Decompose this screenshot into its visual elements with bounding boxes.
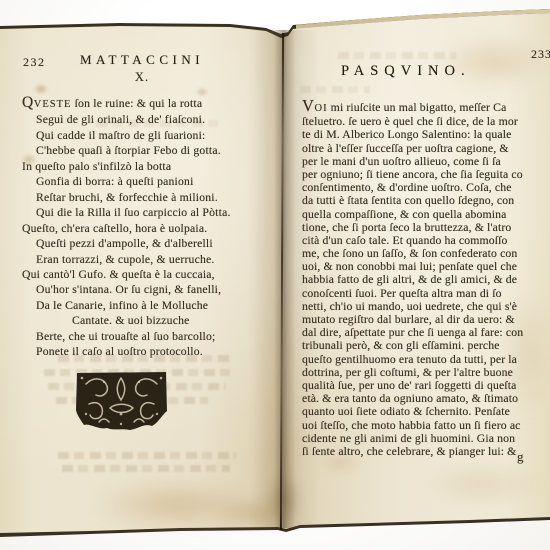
text-line: tione, che ſi porta ſeco la bruttezza, &…: [302, 221, 550, 234]
text-line: Cantate. & uoi bizzuche: [72, 313, 272, 328]
right-page-text: VOI mi riuſcite un mal bigatto, meſſer C…: [302, 98, 550, 458]
text-line: qualità ſue, per uno de' rari ſoggetti d…: [302, 379, 550, 392]
text-line: età. & era tanto da ogniuno amato, & ſti…: [302, 392, 550, 405]
signature-mark: g: [517, 449, 524, 465]
text-line: Reſtar bruchi, & forfecchie à milioni.: [36, 190, 272, 205]
text-line: ſteluetro. ſe uero è quel che ſi dice, d…: [302, 115, 550, 128]
right-running-title: PASQVINO.: [341, 63, 471, 80]
text-line: Seguì de gli orinali, & de' fiaſconi.: [36, 112, 272, 127]
text-line: quanto uoi ſiete odiato & ſchernito. Pen…: [302, 405, 550, 418]
text-line: uoi, & non conobbi mai lui; penſate quel…: [302, 260, 550, 273]
right-page-number: 233: [531, 47, 550, 62]
text-line: Qui die la Rilla il ſuo carpiccio al Pòt…: [36, 205, 272, 220]
text-line: per le mani d'un uoſtro allieuo, come ſi…: [302, 155, 550, 168]
text-line: Queſto, ch'era caſtello, hora è uolpaia.: [22, 221, 272, 236]
text-line: Eran torrazzi, & cupole, & uerruche.: [36, 252, 272, 267]
left-page-verse: QVESTE ſon le ruine: & qui la rottaSeguì…: [22, 95, 272, 360]
text-line: tribunali però, & con gli eſſamini. perc…: [302, 339, 550, 352]
text-line: Da le Canarie, infino à le Molluche: [36, 298, 272, 313]
text-line: te di M. Alberico Longo Salentino: la qu…: [302, 128, 550, 141]
text-line: ſi ſente altro, che celebrare, & pianger…: [302, 445, 550, 458]
text-line: VOI mi riuſcite un mal bigatto, meſſer C…: [302, 98, 550, 115]
book-photo: 232 MATTACCINI X. QVESTE ſon le ruine: &…: [0, 0, 550, 550]
text-line: Qui cantò'l Gufo. & queſta è la cuccaia,: [22, 267, 272, 282]
text-line: Queſti pezzi d'ampolle, & d'alberelli: [36, 236, 272, 251]
text-line: QVESTE ſon le ruine: & qui la rotta: [22, 95, 272, 112]
section-number: X.: [22, 70, 262, 85]
text-line: da tutti è ſtata ſentita con quello ſdeg…: [302, 194, 550, 207]
text-line: C'hebbe quaſi à ſtorpiar Febo di gotta.: [36, 143, 272, 158]
text-line: Ponete il caſo al uoſtro protocollo.: [36, 344, 272, 359]
text-line: per ogniuno; ſi tiene ancora, che ſia ſe…: [302, 168, 550, 181]
text-line: oltre à l'eſſer ſucceſſa per uoſtra cagi…: [302, 142, 550, 155]
text-line: habbia fatto de gli altri, & de gli amic…: [302, 273, 550, 286]
text-line: Ou'hor s'intana. Or ſu cigni, & fanelli,: [36, 282, 272, 297]
text-line: conſentimento, & d'ordine uoſtro. Coſa, …: [302, 181, 550, 194]
text-line: queſto gentilhuomo era tenuto da tutti, …: [302, 353, 550, 366]
woodcut-tailpiece-ornament: [74, 370, 169, 432]
text-line: Qui cadde il maſtro de gli ſuarioni:: [36, 128, 272, 143]
text-line: dal dire, aſpettate pur che ſi uenga al …: [302, 326, 550, 339]
text-line: mutato regiſtro dal burlare, al dir da u…: [302, 313, 550, 326]
text-line: dottrina, per gli coſtumi, & per l'altre…: [302, 366, 550, 379]
text-line: Berte, che ui trouaſte al ſuo barcollo;: [36, 329, 272, 344]
text-line: netti, ch'io ui mando, uoi uedrete, che …: [302, 300, 550, 313]
text-line: cità d'un caſo tale. Et quando ha commoſ…: [302, 234, 550, 247]
text-line: me, che ſono un ſaſſo, & ſon confederato…: [302, 247, 550, 260]
text-line: In queſto palo s'infilzò la botta: [22, 159, 272, 174]
text-line: quella compaſſione, & con quella abomina: [302, 208, 550, 221]
text-line: conoſcenti ſuoi. Per queſta altra man di…: [302, 287, 550, 300]
text-line: cidente ne gli animi de gli huomini. Gia…: [302, 432, 550, 445]
text-line: Gonfia di borra: à queſti panioni: [36, 174, 272, 189]
text-line: uoi ſteſſo, che moto habbia fatto un ſi …: [302, 419, 550, 432]
left-running-title: MATTACCINI: [22, 52, 262, 68]
